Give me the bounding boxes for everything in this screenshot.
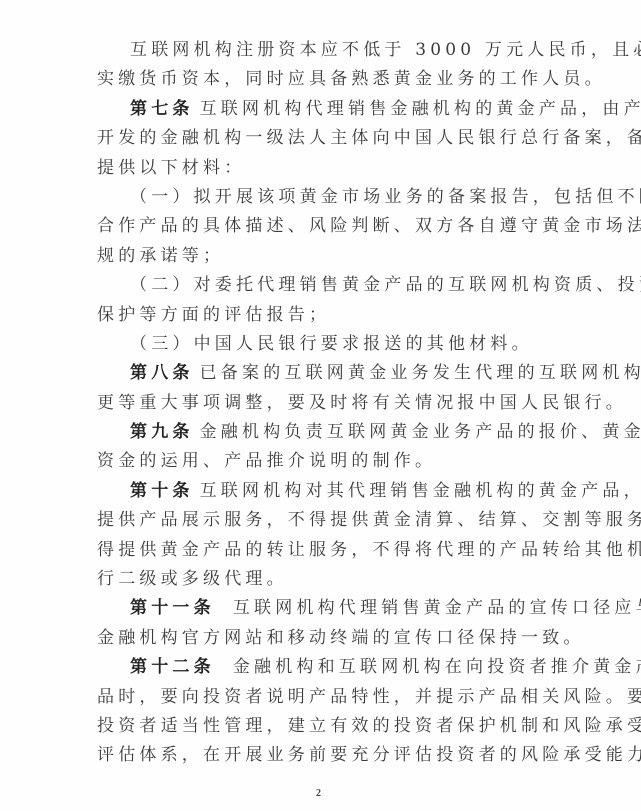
article-line: 第八条已备案的互联网黄金业务发生代理的互联网机构变	[97, 359, 547, 388]
text-line: 投资者适当性管理，建立有效的投资者保护机制和风险承受能力	[97, 712, 547, 741]
text-line: 提供产品展示服务，不得提供黄金清算、结算、交割等服务，不	[97, 506, 547, 535]
article-heading: 第七条	[130, 99, 194, 119]
document-body: 互联网机构注册资本应不低于 3000 万元人民币，且必须为 实缴货币资本，同时应…	[97, 36, 547, 771]
article-heading: 第十一条	[130, 598, 215, 618]
text-line: 品时，要向投资者说明产品特性，并提示产品相关风险。要做好	[97, 683, 547, 712]
text-line: 实缴货币资本，同时应具备熟悉黄金业务的工作人员。	[97, 65, 547, 94]
document-page: 互联网机构注册资本应不低于 3000 万元人民币，且必须为 实缴货币资本，同时应…	[0, 0, 641, 811]
text-line: 评估体系，在开展业务前要充分评估投资者的风险承受能力，不	[97, 741, 547, 770]
article-line: 第十二条金融机构和互联网机构在向投资者推介黄金产	[97, 653, 547, 682]
article-heading: 第九条	[130, 422, 194, 442]
article-line: 第七条互联网机构代理销售金融机构的黄金产品，由产品	[97, 95, 547, 124]
text-line: 开发的金融机构一级法人主体向中国人民银行总行备案，备案时	[97, 124, 547, 153]
text-line: （一）拟开展该项黄金市场业务的备案报告，包括但不限于	[97, 183, 547, 212]
article-line: 第九条金融机构负责互联网黄金业务产品的报价、黄金和	[97, 418, 547, 447]
text-line: 提供以下材料：	[97, 154, 547, 183]
text-line: 合作产品的具体描述、风险判断、双方各自遵守黄金市场法律法	[97, 212, 547, 241]
article-line: 第十一条互联网机构代理销售黄金产品的宣传口径应与	[97, 594, 547, 623]
article-heading: 第八条	[130, 363, 194, 383]
article-heading: 第十条	[130, 481, 194, 501]
article-heading: 第十二条	[130, 657, 215, 677]
text-line: 资金的运用、产品推介说明的制作。	[97, 447, 547, 476]
text-line: 金融机构官方网站和移动终端的宣传口径保持一致。	[97, 624, 547, 653]
article-line: 第十条互联网机构对其代理销售金融机构的黄金产品，可	[97, 477, 547, 506]
text-line: 行二级或多级代理。	[97, 565, 547, 594]
text-line: （三）中国人民银行要求报送的其他材料。	[97, 330, 547, 359]
page-number: 2	[316, 788, 321, 799]
text-line: 得提供黄金产品的转让服务，不得将代理的产品转给其他机构进	[97, 536, 547, 565]
text-line: 更等重大事项调整，要及时将有关情况报中国人民银行。	[97, 389, 547, 418]
text-line: （二）对委托代理销售黄金产品的互联网机构资质、投资者	[97, 271, 547, 300]
text-line: 规的承诺等；	[97, 242, 547, 271]
text-line: 保护等方面的评估报告；	[97, 301, 547, 330]
text-line: 互联网机构注册资本应不低于 3000 万元人民币，且必须为	[97, 36, 547, 65]
